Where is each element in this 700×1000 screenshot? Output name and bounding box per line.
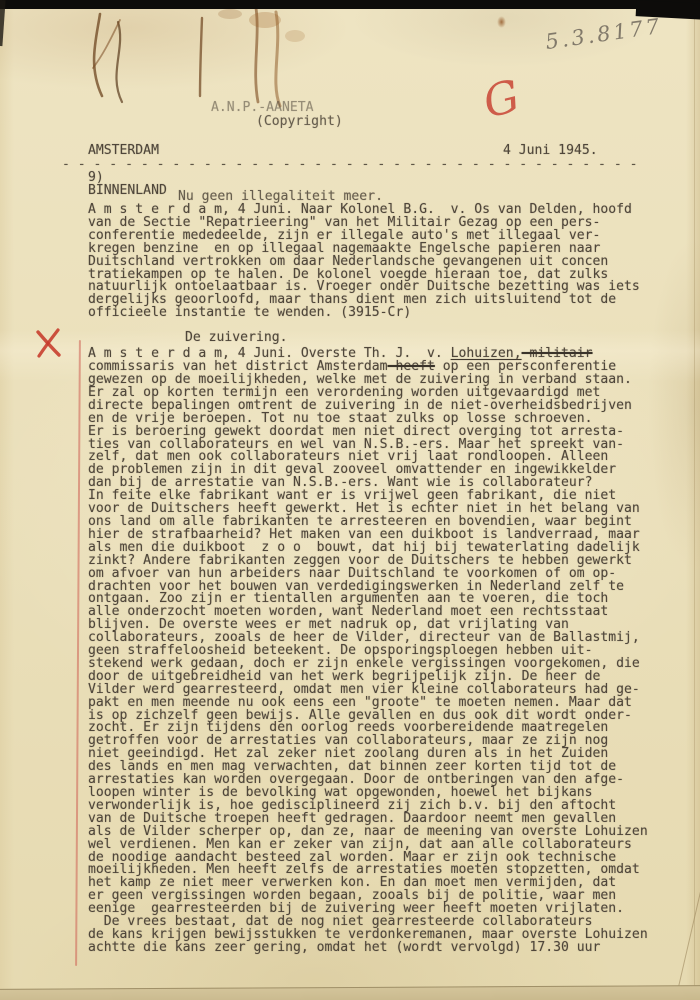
underlying-sheet-edge — [0, 985, 700, 1000]
article2-title: De zuivering. — [185, 332, 287, 345]
red-margin-line — [75, 340, 81, 966]
paper-crease — [675, 844, 700, 1000]
scan-edge-top — [0, 0, 700, 9]
red-cross-mark — [33, 325, 65, 361]
agency-name: A.N.P.-AANETA — [211, 102, 313, 115]
red-initial-mark: G — [478, 71, 524, 129]
ink-scribbles-icon — [60, 8, 320, 108]
paper-sheet: 5.3.8177 G A.N.P.-AANETA (Copyright) AMS… — [0, 8, 700, 1000]
dashed-divider: - - - - - - - - - - - - - - - - - - - - … — [62, 159, 637, 172]
paper-edge-line — [694, 17, 695, 1000]
scanned-document: 5.3.8177 G A.N.P.-AANETA (Copyright) AMS… — [0, 0, 700, 1000]
copyright-line: (Copyright) — [256, 116, 343, 129]
article2-body: gewezen op de moeilijkheden, welke met d… — [88, 374, 648, 955]
article1-body: A m s t e r d a m, 4 Juni. Naar Kolonel … — [88, 204, 640, 320]
section-label: BINNENLAND — [88, 185, 167, 198]
handwritten-file-number: 5.3.8177 — [544, 14, 664, 54]
city-label: AMSTERDAM — [88, 145, 159, 158]
date-label: 4 Juni 1945. — [503, 145, 598, 158]
rust-stain — [497, 16, 506, 28]
